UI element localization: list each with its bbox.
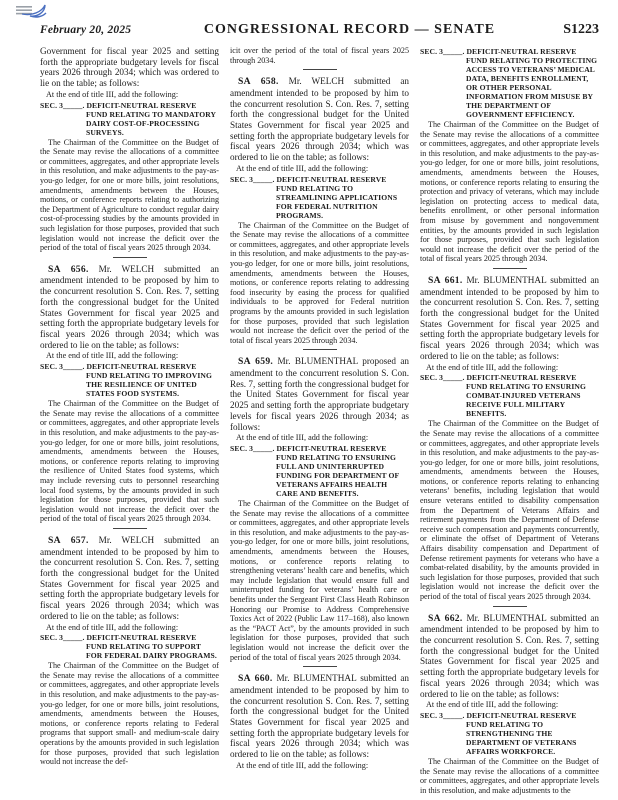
section-separator-rule (420, 264, 599, 272)
sa-amendment-paragraph: SA 661. Mr. BLUMENTHAL submitted an amen… (420, 275, 599, 362)
instruction-line: At the end of title III, add the followi… (230, 164, 409, 174)
instruction-line: At the end of title III, add the followi… (230, 433, 409, 443)
body-paragraph: The Chairman of the Committee on the Bud… (40, 661, 219, 767)
sa-text: Mr. BLUMENTHAL proposed an amendment to … (230, 356, 409, 431)
body-paragraph: The Chairman of the Committee on the Bud… (230, 221, 409, 346)
section-separator-rule (40, 253, 219, 261)
columns: Government for fiscal year 2025 and sett… (40, 46, 599, 800)
sec-title: DEFICIT-NEUTRAL RESERVE FUND RELATING TO… (86, 362, 212, 398)
sa-number: SA 657. (48, 535, 89, 546)
sa-amendment-paragraph: SA 660. Mr. BLUMENTHAL submitted an amen… (230, 673, 409, 760)
column-3: SEC. 3_____. DEFICIT-NEUTRAL RESERVE FUN… (420, 46, 599, 800)
sec-number-blank: SEC. 3_____. (230, 444, 274, 453)
sec-heading: SEC. 3_____. DEFICIT-NEUTRAL RESERVE FUN… (420, 373, 599, 418)
sa-amendment-paragraph: SA 662. Mr. BLUMENTHAL submitted an amen… (420, 613, 599, 700)
body-paragraph: icit over the period of the total of fis… (230, 46, 409, 65)
sa-amendment-paragraph: SA 656. Mr. WELCH submitted an amendment… (40, 264, 219, 351)
sa-number: SA 661. (428, 275, 463, 286)
sec-heading: SEC. 3_____. DEFICIT-NEUTRAL RESERVE FUN… (40, 362, 219, 398)
body-paragraph: The Chairman of the Committee on the Bud… (40, 138, 219, 253)
sec-heading: SEC. 3_____. DEFICIT-NEUTRAL RESERVE FUN… (230, 175, 409, 220)
sec-heading: SEC. 3_____. DEFICIT-NEUTRAL RESERVE FUN… (420, 711, 599, 756)
sec-title: DEFICIT-NEUTRAL RESERVE FUND RELATING TO… (466, 711, 577, 756)
instruction-line: At the end of title III, add the followi… (420, 363, 599, 373)
body-paragraph: The Chairman of the Committee on the Bud… (420, 419, 599, 601)
column-1: Government for fiscal year 2025 and sett… (40, 46, 219, 800)
masthead-title: CONGRESSIONAL RECORD — SENATE (170, 22, 529, 38)
sec-number-blank: SEC. 3_____. (230, 175, 274, 184)
instruction-line: At the end of title III, add the followi… (40, 623, 219, 633)
sa-number: SA 658. (238, 76, 279, 87)
sa-text: Mr. WELCH submitted an amendment intende… (40, 264, 219, 350)
body-paragraph: The Chairman of the Committee on the Bud… (420, 757, 599, 795)
sa-text: Mr. BLUMENTHAL submitted an amendment in… (420, 275, 599, 361)
sa-text: Mr. BLUMENTHAL submitted an amendment in… (230, 673, 409, 759)
sec-number-blank: SEC. 3_____. (420, 373, 464, 382)
sa-number: SA 662. (428, 613, 463, 624)
sa-text: Mr. BLUMENTHAL submitted an amendment in… (420, 613, 599, 699)
sec-title: DEFICIT-NEUTRAL RESERVE FUND RELATING TO… (86, 101, 216, 137)
sa-number: SA 659. (238, 356, 273, 367)
sec-heading: SEC. 3_____. DEFICIT-NEUTRAL RESERVE FUN… (40, 633, 219, 660)
column-2: icit over the period of the total of fis… (230, 46, 409, 800)
sec-title: DEFICIT-NEUTRAL RESERVE FUND RELATING TO… (276, 175, 397, 220)
section-separator-rule (230, 662, 409, 670)
section-separator-rule (420, 602, 599, 610)
issue-date: February 20, 2025 (40, 24, 170, 36)
section-separator-rule (230, 65, 409, 73)
instruction-line: At the end of title III, add the followi… (40, 90, 219, 100)
congressional-record-page: { "header": { "date": "February 20, 2025… (0, 0, 618, 800)
sec-heading: SEC. 3_____. DEFICIT-NEUTRAL RESERVE FUN… (40, 101, 219, 137)
body-paragraph: The Chairman of the Committee on the Bud… (230, 499, 409, 662)
sa-text: Mr. WELCH submitted an amendment intende… (40, 535, 219, 621)
sa-number: SA 656. (48, 264, 89, 275)
sec-number-blank: SEC. 3_____. (420, 711, 464, 720)
page-body: February 20, 2025 CONGRESSIONAL RECORD —… (40, 4, 599, 800)
instruction-line: At the end of title III, add the followi… (420, 700, 599, 710)
instruction-line: At the end of title III, add the followi… (40, 351, 219, 361)
sec-number-blank: SEC. 3_____. (420, 47, 464, 56)
page-number: S1223 (529, 22, 599, 38)
sec-title: DEFICIT-NEUTRAL RESERVE FUND RELATING TO… (276, 444, 399, 498)
sec-heading: SEC. 3_____. DEFICIT-NEUTRAL RESERVE FUN… (230, 444, 409, 498)
sa-amendment-paragraph: SA 658. Mr. WELCH submitted an amendment… (230, 76, 409, 163)
sec-number-blank: SEC. 3_____. (40, 633, 84, 642)
sec-heading: SEC. 3_____. DEFICIT-NEUTRAL RESERVE FUN… (420, 47, 599, 119)
sec-title: DEFICIT-NEUTRAL RESERVE FUND RELATING TO… (466, 373, 586, 418)
sec-number-blank: SEC. 3_____. (40, 101, 84, 110)
sec-title: DEFICIT-NEUTRAL RESERVE FUND RELATING TO… (86, 633, 217, 660)
body-paragraph: The Chairman of the Committee on the Bud… (420, 120, 599, 264)
sa-amendment-paragraph: SA 659. Mr. BLUMENTHAL proposed an amend… (230, 356, 409, 432)
section-separator-rule (40, 524, 219, 532)
sa-number: SA 660. (238, 673, 273, 684)
sa-amendment-paragraph: SA 657. Mr. WELCH submitted an amendment… (40, 535, 219, 622)
body-paragraph: The Chairman of the Committee on the Bud… (40, 399, 219, 524)
sa-text: Mr. WELCH submitted an amendment intende… (230, 76, 409, 162)
sec-number-blank: SEC. 3_____. (40, 362, 84, 371)
running-header: February 20, 2025 CONGRESSIONAL RECORD —… (40, 22, 599, 42)
sec-title: DEFICIT-NEUTRAL RESERVE FUND RELATING TO… (466, 47, 597, 119)
section-separator-rule (230, 345, 409, 353)
body-paragraph: Government for fiscal year 2025 and sett… (40, 46, 219, 89)
instruction-line: At the end of title III, add the followi… (230, 761, 409, 771)
